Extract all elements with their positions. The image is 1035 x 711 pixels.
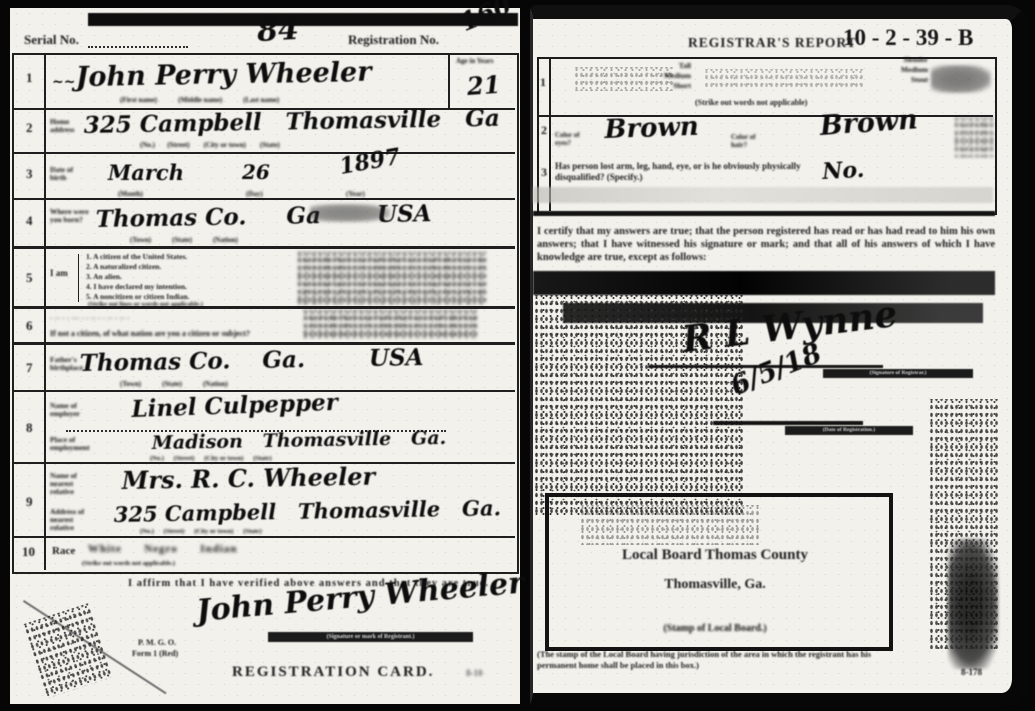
eye-color-label: Color of eyes? [555,131,595,147]
row-number-6: 6 [26,318,33,334]
row-rule [12,152,515,154]
citizen-option-3: 3. An alien. [86,272,122,282]
row-rule [12,536,515,538]
not-citizen-label: If not a citizen, of what nation are you… [50,329,250,338]
certification-text: I certify that my answers are true; that… [537,225,995,264]
row-number-9: 9 [26,494,33,510]
right-footer-code: 8-178 [961,667,982,677]
local-board-line2: Thomasville, Ga. [549,577,881,593]
form-name-text: Form 1 (Red) [132,649,178,658]
hair-color-label: Color of hair? [731,133,771,149]
build-option-slender: Slender [878,55,928,65]
height-option-short: Short [645,81,691,91]
relative-caption: (No.) (Street) (City or town) (State) [140,528,262,535]
report-serial-number: 10 - 2 - 39 - B [843,25,973,51]
local-board-line1: Local Board Thomas County [549,547,881,564]
birth-month-caption: (Month) [118,190,143,198]
registrant-signature: John Perry Wheeler [195,565,525,629]
father-birthplace-caption: (Town) (State) (Nation) [120,380,228,388]
row-number-divider [44,53,46,570]
name-lead-scribble: ~~ [52,74,75,90]
strike-out-caption: (Strike out words not applicable) [695,98,807,107]
birth-year-caption: (Year) [346,190,365,198]
age-value: 21 [466,70,501,101]
row-number-4: 4 [26,213,33,229]
registrars-report-page: REGISTRAR'S REPORT 10 - 2 - 39 - B 1 Tal… [530,5,1030,707]
birth-date-label: Date of birth [50,166,90,182]
birthplace-caption: (Town) (State) (Nation) [130,236,238,244]
left-footer-code: 8-10 [466,668,483,678]
registration-card-title: REGISTRATION CARD. [232,664,434,681]
bottom-right-ink-blot [948,539,998,669]
race-caption: (Strike out words not applicable.) [82,560,175,567]
stamp-box-caption: (Stamp of Local Board.) [549,623,881,634]
registrar-signature-caption: (Signature of Registrar.) [823,369,973,378]
registrars-report-title: REGISTRAR'S REPORT [688,35,857,51]
registration-number-value: 160 [456,0,515,37]
row6-faint-scribble: · ·· · · ··· · · ·· · · ·· · ·· · [50,314,300,323]
row3-gray-band [533,187,993,203]
relative-name-label: Name of nearest relative [50,472,94,496]
citizen-option-2: 2. A naturalized citizen. [86,262,161,272]
serial-no-label: Serial No. [24,32,79,48]
race-options: White Negro Indian [88,543,237,555]
stamp-box-pencil-marks [579,505,759,545]
name-caption: (First name) (Middle name) (Last name) [120,96,279,104]
row6-ink-smear [302,310,477,340]
birthplace-label: Where were you born? [50,208,94,224]
height-option-medium: Medium [645,71,691,81]
corner-stamp-dots [22,603,113,699]
relative-name-value: Mrs. R. C. Wheeler [121,462,375,495]
row1-gray-blob [931,65,991,93]
row-number-3: 3 [26,166,33,182]
home-address-label: Home address [50,118,84,134]
row-rule [12,198,515,200]
row-number-1: 1 [26,70,33,86]
row-rule [12,246,515,249]
serial-number-value: 84 [256,12,300,49]
birth-day-caption: (Day) [246,190,263,198]
i-am-label: I am [50,268,68,278]
obscured-line-1 [533,271,995,295]
birth-day-value: 26 [242,160,270,184]
i-am-brace-line [78,254,79,302]
eye-color-value: Brown [604,112,699,145]
local-board-stamp-box: Local Board Thomas County Thomasville, G… [545,493,893,651]
registrant-name-value: John Perry Wheeler [75,57,371,93]
row-number-10: 10 [22,544,35,560]
build-option-medium: Medium [878,65,928,75]
home-address-caption: (No.) (Street) (City or town) (State) [140,141,280,149]
registrant-signature-caption: (Signature or mark of Registrant.) [268,632,473,642]
race-label: Race [52,545,75,557]
employer-label: Name of employer [50,402,90,418]
registration-no-label: Registration No. [348,32,439,48]
build-option-stout: Stout [878,75,928,85]
description-scratch-marks [703,69,863,89]
stamp-footnote: (The stamp of the Local Board having jur… [537,649,897,670]
citizenship-ink-smear [296,252,486,306]
scan-smear [310,204,390,222]
registration-date-line [713,421,863,425]
height-options: Tall Medium Short [645,61,691,91]
height-option-tall: Tall [645,61,691,71]
heavy-divider [533,211,995,216]
citizenship-caption: (Strike out lines or words not applicabl… [88,301,203,308]
row-number-2: 2 [26,120,33,136]
employment-place-label: Place of employment [50,436,94,452]
row-rule [12,342,515,345]
report-row-number-1: 1 [540,75,546,90]
form-org-text: P. M. G. O. [138,638,176,647]
age-label: Age in Years [456,57,512,65]
serial-dotted-line [88,44,188,48]
row-number-8: 8 [26,420,33,436]
scan-top-bar [88,13,518,26]
age-box-divider [448,53,450,110]
registration-date-caption: (Date of Registration.) [785,426,913,435]
scanned-draft-card-page: Serial No. 84 Registration No. 160 1 2 3… [0,0,1035,711]
disqualified-value: No. [822,157,865,185]
row2-ink-blot [953,117,993,157]
registration-card-page: Serial No. 84 Registration No. 160 1 2 3… [10,8,520,704]
report-row-number-2: 2 [541,123,547,138]
citizen-option-4: 4. I have declared my intention. [86,282,187,292]
relative-address-label: Address of nearest relative [50,508,94,532]
employment-caption: (No.) (Street) (City or town) (State) [150,455,272,462]
birth-month-value: March [108,160,184,185]
disqualified-label: Has person lost arm, leg, hand, eye, or … [555,161,815,183]
build-options: Slender Medium Stout [878,55,928,85]
row-number-5: 5 [26,270,33,286]
citizen-option-1: 1. A citizen of the United States. [86,252,187,262]
report-row-number-3: 3 [541,165,547,180]
row-number-7: 7 [26,360,33,376]
